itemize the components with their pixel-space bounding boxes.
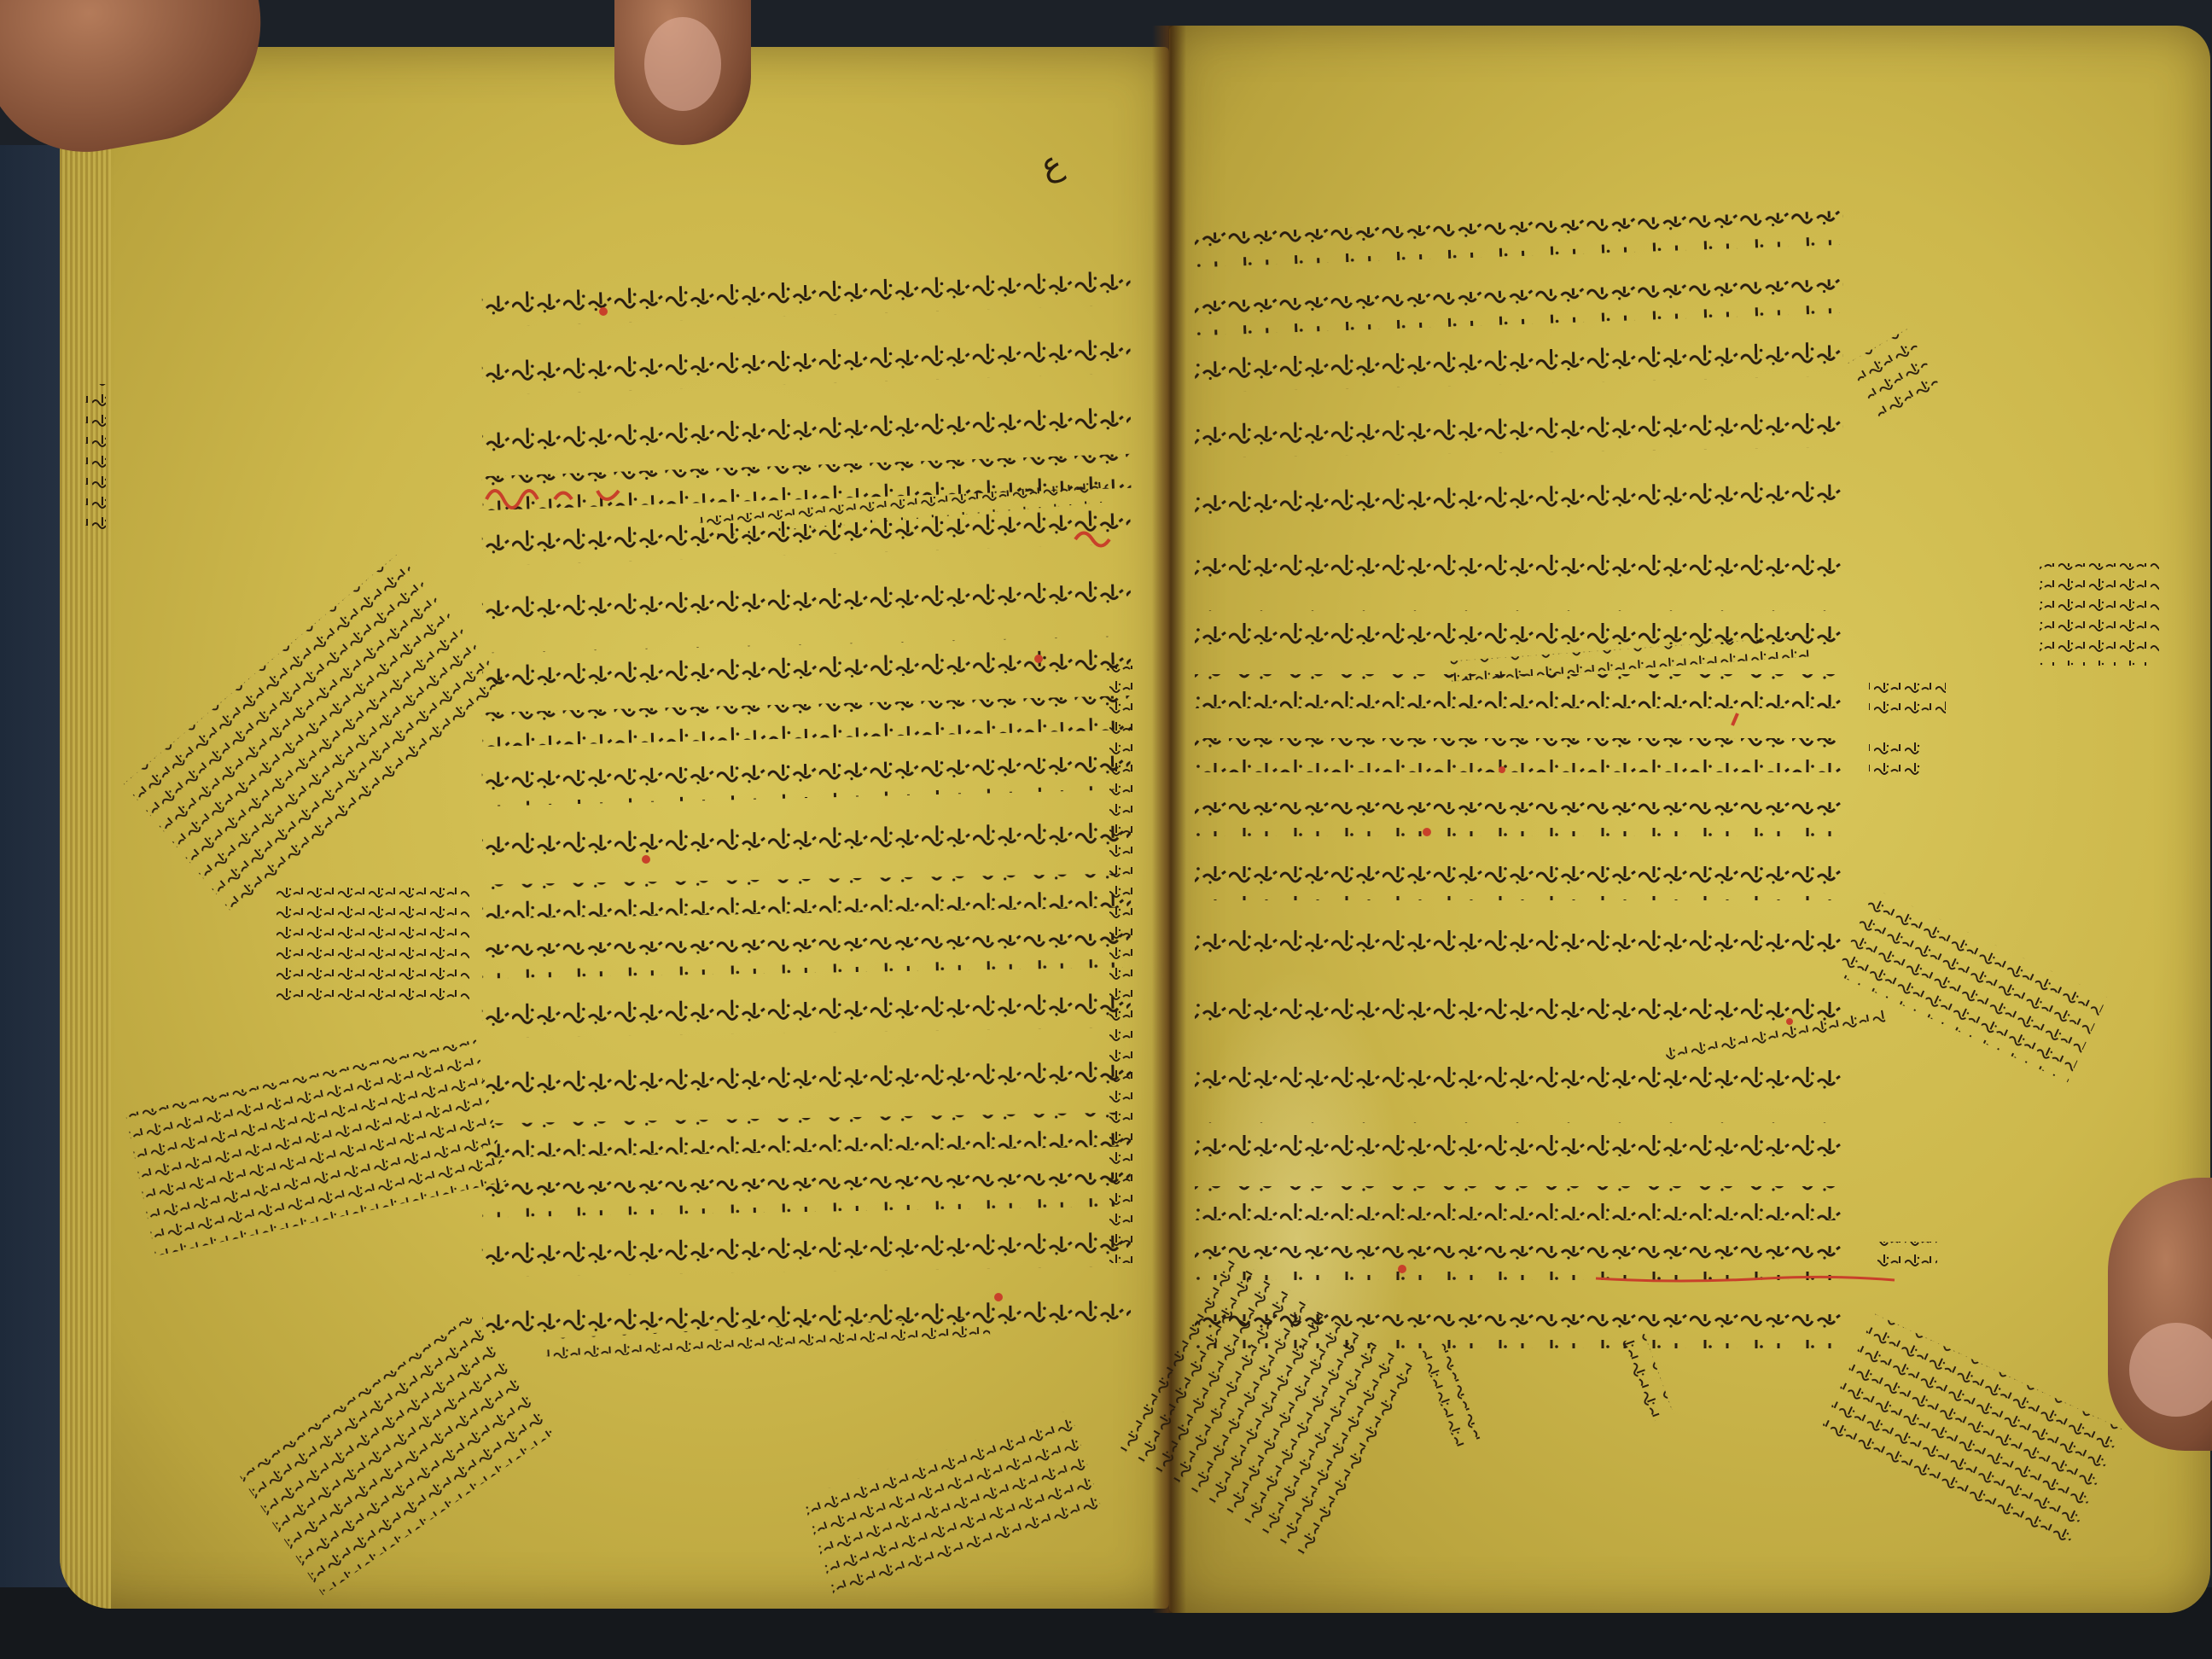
left-marginalia bbox=[85, 384, 1135, 1595]
right-main-text bbox=[1195, 211, 1844, 1348]
left-main-text bbox=[482, 271, 1132, 1337]
handwriting-layer bbox=[0, 0, 2212, 1659]
right-thumb bbox=[2108, 1178, 2212, 1451]
top-thumb bbox=[614, 0, 751, 145]
